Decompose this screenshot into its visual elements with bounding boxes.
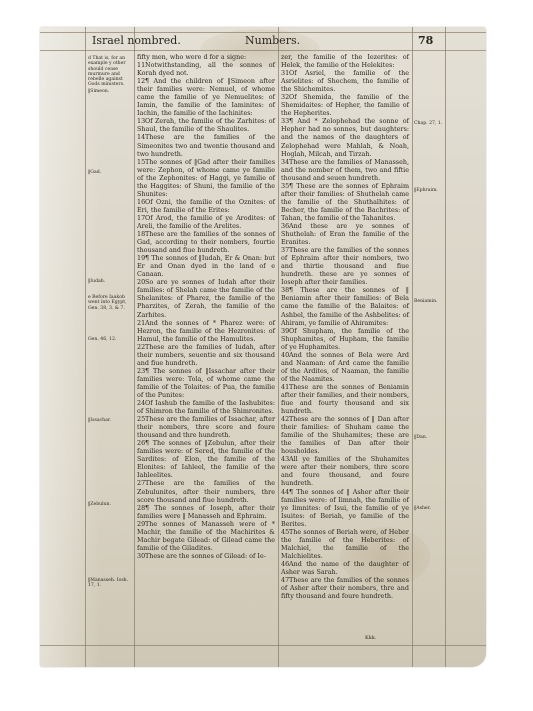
verse-text: Of Ozni, the familie of the Oznites: of … <box>137 198 275 214</box>
margin-note: ‖Issachar. <box>88 418 132 423</box>
verse-text: ¶ These are the sonnes of ‖ Beniamin aft… <box>281 286 409 326</box>
verse-number: 27 <box>137 479 145 487</box>
verse: 42These are the sonnes of ‖ Dan after th… <box>281 415 409 455</box>
verse: 14These are the families of the Simeonit… <box>137 133 275 157</box>
margin-note: Gen. 46, 12. <box>88 337 132 342</box>
verse: 13Of Zerah, the familie of the Zarhites:… <box>137 117 275 133</box>
verse: 43All ye families of the Shuhamites were… <box>281 455 409 487</box>
margin-note: ‖Zebulun. <box>88 502 132 507</box>
verse-number: 31 <box>281 69 289 77</box>
verse: 20So are ye sonnes of Iudah after their … <box>137 278 275 318</box>
verse-text: And these are ye sonnes of Shuthelah: of… <box>281 222 409 246</box>
verse-text: Of Arod, the familie of ye Arodites: of … <box>137 214 275 230</box>
verse-number: 25 <box>137 415 145 423</box>
verse: 41These are the sonnes of Beniamin after… <box>281 383 409 415</box>
verse-text: These are the families of Iudah, after t… <box>137 343 275 367</box>
verse: 15The sonnes of ‖Gad after their familie… <box>137 158 275 198</box>
verse-text: ¶ The sonnes of ‖Issachar after their fa… <box>137 367 275 399</box>
margin-note: Beniamin. <box>414 299 444 304</box>
verse: 23¶ The sonnes of ‖Issachar after their … <box>137 367 275 399</box>
verse: 18These are the families of the sonnes o… <box>137 230 275 254</box>
verse-number: 29 <box>137 520 145 528</box>
verse-number: 42 <box>281 415 289 423</box>
verse-text: zer, the familie of the Iezerites: of He… <box>281 53 409 69</box>
verse: 33¶ And * Zelophehad the sonne of Hepher… <box>281 117 409 157</box>
verse: 40And the sonnes of Bela were Ard and Na… <box>281 351 409 383</box>
verse-number: 23 <box>137 367 145 375</box>
verse-number: 18 <box>137 230 145 238</box>
verse-number: 33 <box>281 117 289 125</box>
margin-note: ‖Simeon. <box>88 89 132 94</box>
page-number: 78 <box>418 34 433 47</box>
verse-text: These are the sonnes of Beniamin after t… <box>281 383 409 415</box>
verse-number: 35 <box>281 182 289 190</box>
margin-note: ‖Asher. <box>414 506 444 511</box>
verse-text: And the sonnes of * Pharez were: of Hezr… <box>137 319 275 343</box>
verse-text: And the sonnes of Bela were Ard and Naam… <box>281 351 409 383</box>
verse-text: So are ye sonnes of Iudah after their fa… <box>137 278 275 318</box>
verse-number: 46 <box>281 560 289 568</box>
verse: 36And these are ye sonnes of Shuthelah: … <box>281 222 409 246</box>
left-text-column: fifty men, who were d for a signe:11Notw… <box>137 53 275 560</box>
verse-number: 20 <box>137 278 145 286</box>
verse: 34These are the families of Manasseh, an… <box>281 158 409 182</box>
verse-text: These are the families of the sonnes of … <box>281 576 409 600</box>
verse-number: 14 <box>137 133 145 141</box>
verse-number: 40 <box>281 351 289 359</box>
verse-number: 39 <box>281 327 289 335</box>
rule-outer-left <box>85 27 86 667</box>
verse-text: These are the families of the sonnes of … <box>137 230 275 254</box>
margin-note: ‖Iudah. <box>88 279 132 284</box>
margin-note: e Before Iaakob went into Egypt, Gen. 38… <box>88 295 132 311</box>
margin-note: ‖Gad. <box>88 170 132 175</box>
bible-page: Israel nombred. Numbers. 78 d That is, f… <box>40 27 486 667</box>
verse: 27These are the families of the Zebuluni… <box>137 479 275 503</box>
verse-text: Of Iashub the familie of the Iashubites:… <box>137 399 275 415</box>
rule-margin-right <box>412 27 413 667</box>
verse: 12¶ And the children of ‖Simeon after th… <box>137 77 275 117</box>
verse-number: 41 <box>281 383 289 391</box>
verse: 19¶ The sonnes of ‖Iudah, Er & Onan: but… <box>137 254 275 278</box>
verse-number: 24 <box>137 399 145 407</box>
verse-text: Of Shupham, the familie of the Shuphamit… <box>281 327 409 351</box>
margin-note: ‖Manasseh. Iosh. 17, 1. <box>88 578 132 589</box>
verse-number: 32 <box>281 93 289 101</box>
verse-number: 34 <box>281 158 289 166</box>
running-head-center: Numbers. <box>245 34 300 47</box>
verse: 32Of Shemida, the familie of the Shemida… <box>281 93 409 117</box>
margin-note: d That is, for an example y other should… <box>88 56 132 88</box>
verse-number: 19 <box>137 254 145 262</box>
verse: 45The sonnes of Beriah were, of Heber th… <box>281 528 409 560</box>
verse-text: ¶ And the children of ‖Simeon after thei… <box>137 77 275 117</box>
verse: 44¶ The sonnes of ‖ Asher after their fa… <box>281 488 409 528</box>
verse-number: 11 <box>137 61 145 69</box>
margin-note: Chap. 27, 1. <box>414 121 444 126</box>
verse: 21And the sonnes of * Pharez were: of He… <box>137 319 275 343</box>
verse: fifty men, who were d for a signe: <box>137 53 275 61</box>
rule-margin-left <box>134 27 135 667</box>
verse-text: ¶ And * Zelophehad the sonne of Hepher h… <box>281 117 409 157</box>
verse: 39Of Shupham, the familie of the Shupham… <box>281 327 409 351</box>
verse-number: 15 <box>137 158 145 166</box>
verse-number: 12 <box>137 77 145 85</box>
verse: 22These are the families of Iudah, after… <box>137 343 275 367</box>
verse: 47These are the families of the sonnes o… <box>281 576 409 600</box>
rule-header-top <box>40 32 486 33</box>
rule-column-divider <box>278 27 279 667</box>
verse: 28¶ The sonnes of Ioseph, after their fa… <box>137 504 275 520</box>
running-head-left: Israel nombred. <box>92 34 181 47</box>
verse-number: 47 <box>281 576 289 584</box>
rule-outer-right <box>445 27 446 667</box>
verse: zer, the familie of the Iezerites: of He… <box>281 53 409 69</box>
verse-number: 38 <box>281 286 289 294</box>
verse-number: 21 <box>137 319 145 327</box>
verse: 29The sonnes of Manasseh were of * Machi… <box>137 520 275 552</box>
verse-text: The sonnes of ‖Gad after their families … <box>137 158 275 198</box>
verse-text: The sonnes of Manasseh were of * Machir,… <box>137 520 275 552</box>
verse-text: These are the families of Manasseh, and … <box>281 158 409 182</box>
verse-text: ¶ These are the sonnes of Ephraim after … <box>281 182 409 222</box>
verse-number: 37 <box>281 246 289 254</box>
verse: 11Notwithstanding, all the sonnes of Kor… <box>137 61 275 77</box>
verse-text: These are the families of the sonnes of … <box>281 246 409 286</box>
verse: 30These are the sonnes of Gilead: of Ie- <box>137 552 275 560</box>
verse-text: ¶ The sonnes of ‖Iudah, Er & Onan: but E… <box>137 254 275 278</box>
verse-number: 16 <box>137 198 145 206</box>
verse-number: 22 <box>137 343 145 351</box>
verse-text: These are the sonnes of Gilead: of Ie- <box>145 552 266 560</box>
verse: 25These are the families of Issachar, af… <box>137 415 275 439</box>
verse-text: Of Zerah, the familie of the Zarhites: o… <box>137 117 275 133</box>
verse-text: All ye families of the Shuhamites were a… <box>281 455 409 487</box>
verse: 24Of Iashub the familie of the Iashubite… <box>137 399 275 415</box>
verse-text: ¶ The sonnes of Ioseph, after their fami… <box>137 504 275 520</box>
margin-note: ‖Dan. <box>414 435 444 440</box>
verse-text: ¶ The sonnes of ‖Zebulun, after their fa… <box>137 439 275 479</box>
verse-text: Of Asriel, the familie of the Asrielites… <box>281 69 409 93</box>
verse: 17Of Arod, the familie of ye Arodites: o… <box>137 214 275 230</box>
verse-number: 26 <box>137 439 145 447</box>
verse-text: The sonnes of Beriah were, of Heber the … <box>281 528 409 560</box>
verse-number: 17 <box>137 214 145 222</box>
verse-text: ¶ The sonnes of ‖ Asher after their fami… <box>281 488 409 528</box>
margin-note: ‖Ephraim. <box>414 188 444 193</box>
verse: 46And the name of the daughter of Asher … <box>281 560 409 576</box>
verse-text: These are the families of the Zebulunite… <box>137 479 275 503</box>
verse-number: 44 <box>281 488 289 496</box>
rule-footer <box>40 645 486 646</box>
verse-number: 28 <box>137 504 145 512</box>
verse-number: 45 <box>281 528 289 536</box>
verse: 35¶ These are the sonnes of Ephraim afte… <box>281 182 409 222</box>
verse-number: 43 <box>281 455 289 463</box>
verse: 16Of Ozni, the familie of the Oznites: o… <box>137 198 275 214</box>
verse-text: fifty men, who were d for a signe: <box>137 53 246 61</box>
verse-text: These are the families of the Simeonites… <box>137 133 275 157</box>
verse-number: 30 <box>137 552 145 560</box>
verse-number: 36 <box>281 222 289 230</box>
right-text-column: zer, the familie of the Iezerites: of He… <box>281 53 409 600</box>
verse-number: 13 <box>137 117 145 125</box>
verse-text: These are the families of Issachar, afte… <box>137 415 275 439</box>
verse-text: And the name of the daughter of Asher wa… <box>281 560 409 576</box>
verse-text: Of Shemida, the familie of the Shemidait… <box>281 93 409 117</box>
verse: 26¶ The sonnes of ‖Zebulun, after their … <box>137 439 275 479</box>
verse-text: Notwithstanding, all the sonnes of Korah… <box>137 61 275 77</box>
verse: 31Of Asriel, the familie of the Asrielit… <box>281 69 409 93</box>
verse: 38¶ These are the sonnes of ‖ Beniamin a… <box>281 286 409 326</box>
verse-text: These are the sonnes of ‖ Dan after thei… <box>281 415 409 455</box>
rule-header-bottom <box>40 50 486 51</box>
verse: 37These are the families of the sonnes o… <box>281 246 409 286</box>
catchword: Kkk. <box>365 635 376 641</box>
